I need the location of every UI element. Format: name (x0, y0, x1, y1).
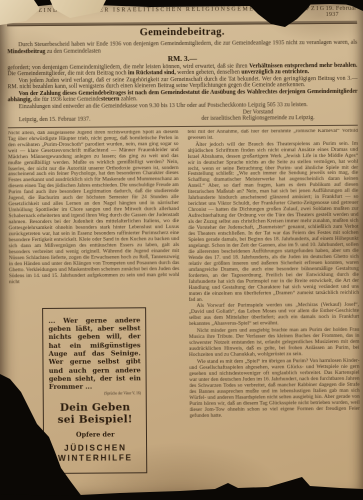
notice-title: Gemeindebeitrag. (7, 26, 357, 40)
signature-org: der israelitischen Religionsgemeinde zu … (201, 115, 314, 122)
article-paragraph: fehl mit der Annahme, daß hier der berüh… (187, 129, 358, 142)
article-paragraph: Nicht allein, daß ausgelassene Jugend ih… (8, 130, 180, 286)
article-paragraph: Nicht minder gern und ausgiebig brachte … (189, 328, 360, 359)
ad-slogan-line-2: sei Beispiel! (58, 413, 133, 426)
article-columns: Nicht allein, daß ausgelassene Jugend ih… (8, 129, 360, 467)
ad-org-name-line-1: JÜDISCHEN (64, 444, 127, 453)
page-content: Seite 3 GEMEINDEBLATT DER ISRAELITISCHEN… (7, 6, 360, 467)
signature-role: Der Vorstand (243, 109, 274, 115)
ad-subline: Opfere der (49, 433, 141, 440)
issue-date-label: 19. Februar 1937 (326, 6, 357, 18)
winterhilfe-ad-box: ... Wer gerne andere geben läßt, aber se… (42, 307, 147, 474)
ad-slogan: Dein Geben sei Beispiel! (49, 403, 141, 427)
article-paragraph: Älter jedoch will der Brauch des Theater… (187, 141, 359, 303)
ad-org-name: JÜDISCHEN WINTERHILFE (49, 444, 141, 464)
section-divider-rule (8, 125, 358, 128)
article-left-column-text: Nicht allein, daß ausgelassene Jugend ih… (8, 130, 180, 301)
article-right-column: fehl mit der Annahme, daß hier der berüh… (187, 129, 360, 466)
ad-org-name-line-2: WINTERHILFE (58, 453, 133, 463)
notice-section: Gemeindebeitrag. Durch Steuerbescheid ha… (7, 26, 358, 124)
article-paragraph: Als Vorwurf der Purimspiele werden uns „… (189, 303, 360, 328)
article-paragraph: Wie stand es mit dem „Spiel“ im übrigen … (189, 359, 360, 420)
ad-quote-citation: (Sprüche der Väter V, 16) (49, 392, 141, 397)
dateline-row: Leipzig, den 15. Februar 1937. Der Vorst… (8, 109, 358, 124)
signature-block: Der Vorstand der israelitischen Religion… (158, 109, 358, 123)
ad-quote-text: ... Wer gerne andere geben läßt, aber se… (48, 316, 141, 391)
article-left-column: Nicht allein, daß ausgelassene Jugend ih… (8, 130, 181, 467)
dateline-label: Leipzig, den 15. Februar 1937. (8, 117, 91, 124)
page-background: Seite 3 GEMEINDEBLATT DER ISRAELITISCHEN… (0, 0, 363, 500)
